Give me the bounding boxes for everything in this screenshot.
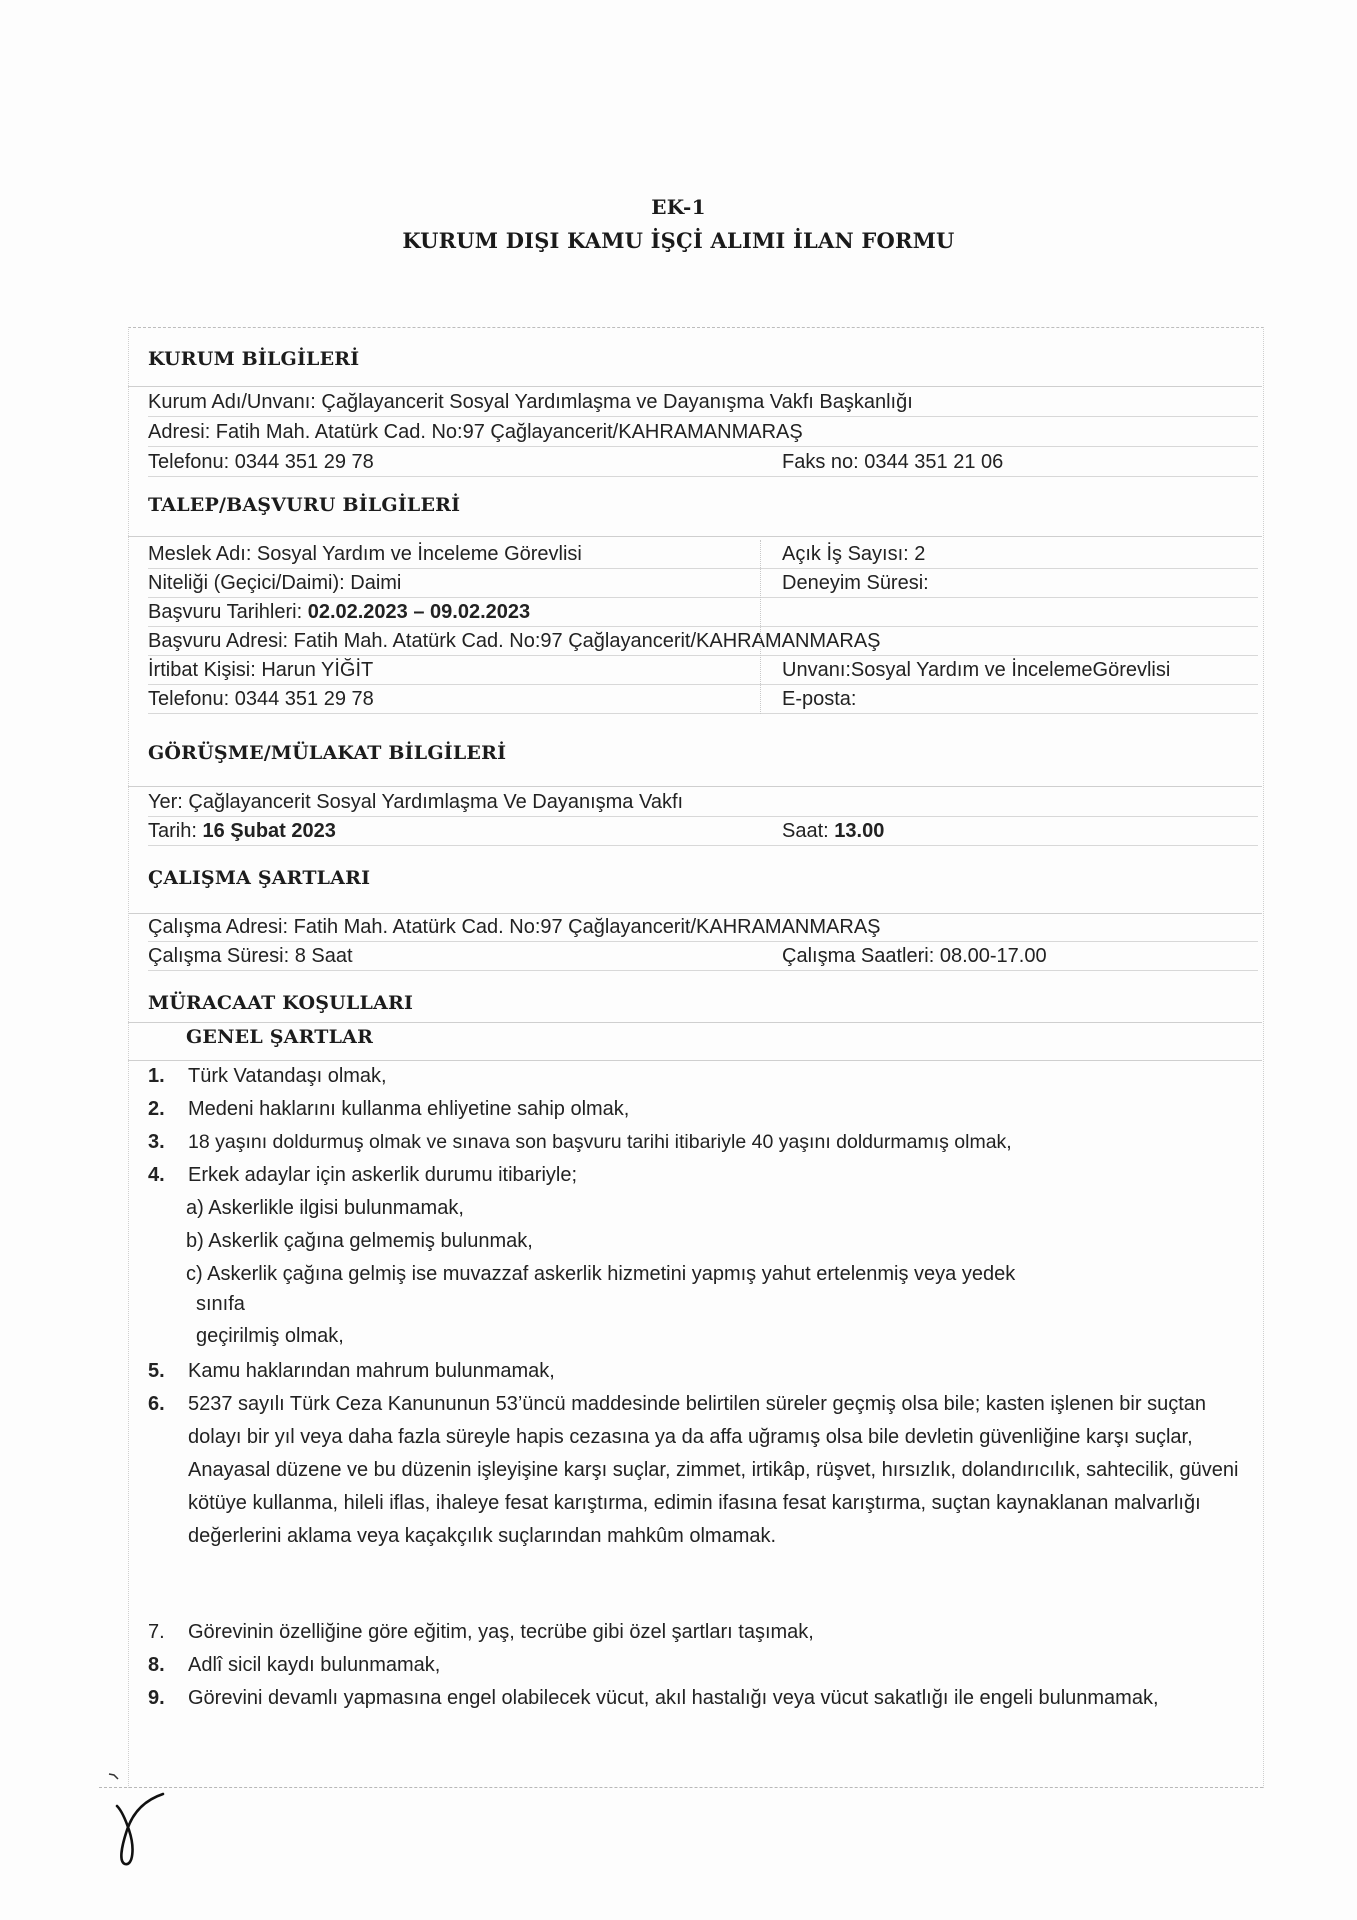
open-positions: Açık İş Sayısı: 2 [782,540,925,568]
list-item: 5.Kamu haklarından mahrum bulunmamak, [148,1355,1258,1387]
interview-date: 16 Şubat 2023 [202,820,335,842]
talep-row-1: Meslek Adı: Sosyal Yardım ve İnceleme Gö… [148,540,1258,569]
work-hours: Çalışma Saatleri: 08.00-17.00 [782,942,1047,970]
contact-title: Unvanı:Sosyal Yardım ve İncelemeGörevlis… [782,656,1170,684]
talep-email: E-posta: [782,685,856,713]
application-address: Başvuru Adresi: Fatih Mah. Atatürk Cad. … [148,630,881,652]
list-item: 9.Görevini devamlı yapmasına engel olabi… [148,1682,1248,1714]
work-duration: Çalışma Süresi: 8 Saat [148,945,353,967]
experience: Deneyim Süresi: [782,569,929,597]
list-item: 1.Türk Vatandaşı olmak, [148,1060,1258,1092]
form-title: KURUM DIŞI KAMU İŞÇİ ALIMI İLAN FORMU [0,224,1357,258]
work-time-row: Çalışma Süresi: 8 Saat Çalışma Saatleri:… [148,942,1258,971]
section-title-kurum: KURUM BİLGİLERİ [148,348,359,370]
document-header: EK-1 KURUM DIŞI KAMU İŞÇİ ALIMI İLAN FOR… [0,190,1357,258]
kurum-address: Adresi: Fatih Mah. Atatürk Cad. No:97 Ça… [148,418,1258,447]
list-item: 8.Adlî sicil kaydı bulunmamak, [148,1649,1258,1681]
section-title-gorusme: GÖRÜŞME/MÜLAKAT BİLGİLERİ [148,742,506,764]
tick-mark-icon [108,1772,120,1780]
military-subitem-b: b) Askerlik çağına gelmemiş bulunmak, [186,1225,533,1257]
nature: Niteliği (Geçici/Daimi): Daimi [148,572,401,594]
work-address: Çalışma Adresi: Fatih Mah. Atatürk Cad. … [148,916,881,938]
talep-row-6: Telefonu: 0344 351 29 78 E-posta: [148,685,1258,714]
annex-label: EK-1 [0,190,1357,224]
list-item: 7.Görevinin özelliğine göre eğitim, yaş,… [148,1616,1258,1648]
subsection-title-genel: GENEL ŞARTLAR [186,1026,373,1048]
military-subitem-a: a) Askerlikle ilgisi bulunmamak, [186,1192,464,1224]
application-dates: 02.02.2023 – 09.02.2023 [308,601,530,623]
list-item: 3.18 yaşını doldurmuş olmak ve sınava so… [148,1126,1258,1158]
list-item: 2.Medeni haklarını kullanma ehliyetine s… [148,1093,1258,1125]
talep-phone: Telefonu: 0344 351 29 78 [148,688,374,710]
application-dates-label: Başvuru Tarihleri: [148,601,308,623]
occupation: Meslek Adı: Sosyal Yardım ve İnceleme Gö… [148,543,582,565]
talep-row-4: Başvuru Adresi: Fatih Mah. Atatürk Cad. … [148,627,1258,656]
kurum-phone: Telefonu: 0344 351 29 78 [148,451,374,473]
military-subitem-c-cont: sınıfa [196,1288,245,1320]
contact-person: İrtibat Kişisi: Harun YİĞİT [148,659,373,681]
talep-row-3: Başvuru Tarihleri: 02.02.2023 – 09.02.20… [148,598,1258,627]
kurum-name: Kurum Adı/Unvanı: Çağlayancerit Sosyal Y… [148,388,1258,417]
section-title-calisma: ÇALIŞMA ŞARTLARI [148,867,370,889]
list-item: 6.5237 sayılı Türk Ceza Kanununun 53’ünc… [148,1388,1248,1553]
interview-datetime-row: Tarih: 16 Şubat 2023 Saat: 13.00 [148,817,1258,846]
list-item: 4.Erkek adaylar için askerlik durumu iti… [148,1159,1258,1191]
military-subitem-c: c) Askerlik çağına gelmiş ise muvazzaf a… [186,1258,1015,1290]
talep-row-5: İrtibat Kişisi: Harun YİĞİT Unvanı:Sosya… [148,656,1258,685]
section-title-muracaat: MÜRACAAT KOŞULLARI [148,992,413,1014]
interview-place: Yer: Çağlayancerit Sosyal Yardımlaşma Ve… [148,791,683,813]
kurum-contact-row: Telefonu: 0344 351 29 78 Faks no: 0344 3… [148,448,1258,477]
military-subitem-c-cont2: geçirilmiş olmak, [196,1320,344,1352]
section-title-talep: TALEP/BAŞVURU BİLGİLERİ [148,494,460,516]
interview-place-row: Yer: Çağlayancerit Sosyal Yardımlaşma Ve… [148,788,1258,817]
work-address-row: Çalışma Adresi: Fatih Mah. Atatürk Cad. … [148,913,1258,942]
interview-time: Saat: 13.00 [782,817,884,845]
kurum-fax: Faks no: 0344 351 21 06 [782,448,1003,476]
interview-date-label: Tarih: [148,820,202,842]
talep-row-2: Niteliği (Geçici/Daimi): Daimi Deneyim S… [148,569,1258,598]
handwritten-signature-icon [105,1782,185,1872]
